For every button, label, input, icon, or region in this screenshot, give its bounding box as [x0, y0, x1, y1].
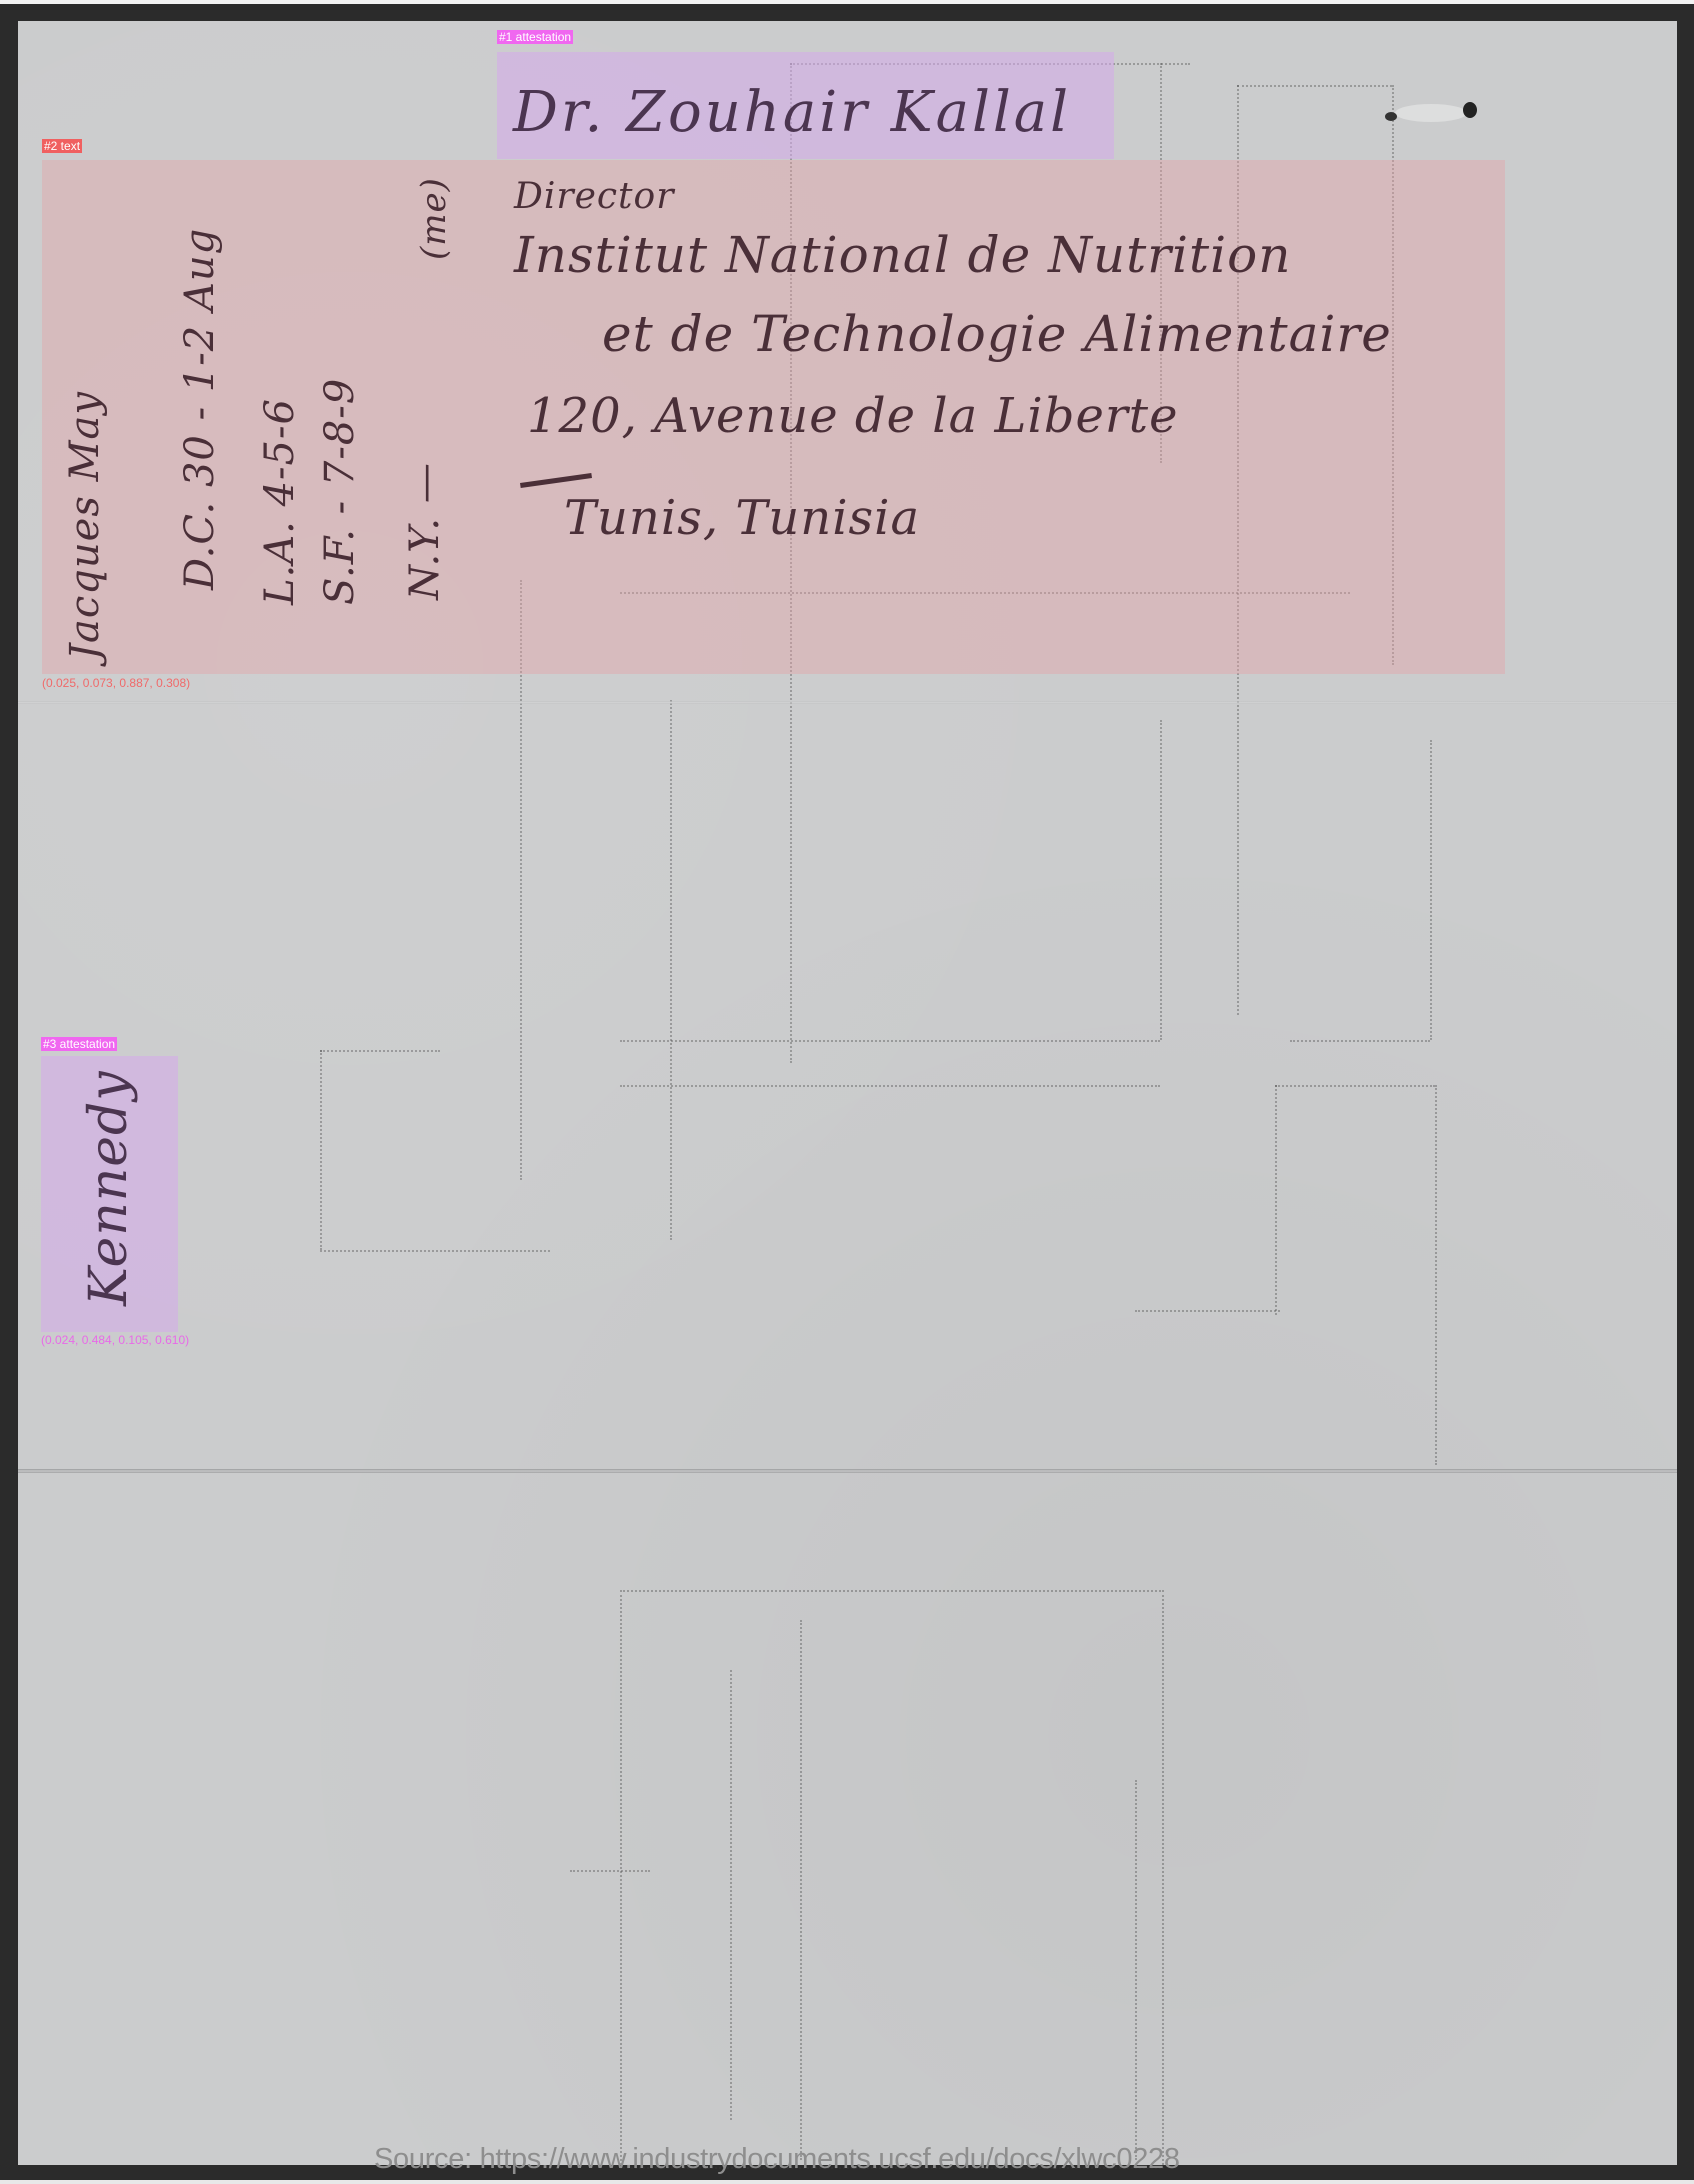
side-note-ny: N.Y. — [402, 462, 448, 600]
side-note-dc: D.C. 30 - 1-2 Aug [177, 228, 223, 590]
region-coords-2: (0.025, 0.073, 0.887, 0.308) [42, 676, 190, 690]
region-tag-1: #1 attestation [497, 30, 573, 44]
region-tag-3: #3 attestation [41, 1037, 117, 1051]
region-coords-3: (0.024, 0.484, 0.105, 0.610) [41, 1333, 189, 1347]
scan-edge-bottom [0, 2180, 1694, 2184]
address-city: Tunis, Tunisia [564, 490, 920, 546]
ink-smudge [1385, 100, 1485, 128]
address-street: 120, Avenue de la Liberte [527, 388, 1178, 444]
source-footer: Source: https://www.industrydocuments.uc… [374, 2143, 1180, 2176]
underline-stroke [520, 473, 592, 488]
side-note-me: (me) [414, 177, 454, 260]
signature-kennedy: Kennedy [79, 1070, 139, 1306]
address-institute-line2: et de Technologie Alimentaire [602, 305, 1392, 363]
side-note-name: Jacques May [62, 391, 108, 660]
attestation-region-1: Dr. Zouhair Kallal [497, 52, 1114, 159]
side-note-la: L.A. 4-5-6 [257, 398, 303, 605]
attestation-region-3: Kennedy [41, 1056, 178, 1332]
address-institute-line1: Institut National de Nutrition [514, 226, 1291, 284]
scan-edge-top [0, 0, 1694, 4]
paper-fold-line [18, 1469, 1677, 1473]
text-region-2: Jacques May D.C. 30 - 1-2 Aug L.A. 4-5-6… [42, 160, 1505, 674]
recipient-name: Dr. Zouhair Kallal [513, 80, 1071, 145]
side-note-sf: S.F. - 7-8-9 [317, 378, 363, 605]
paper-crease-upper [18, 701, 1677, 704]
region-tag-2: #2 text [42, 139, 82, 153]
address-title: Director [514, 176, 674, 217]
